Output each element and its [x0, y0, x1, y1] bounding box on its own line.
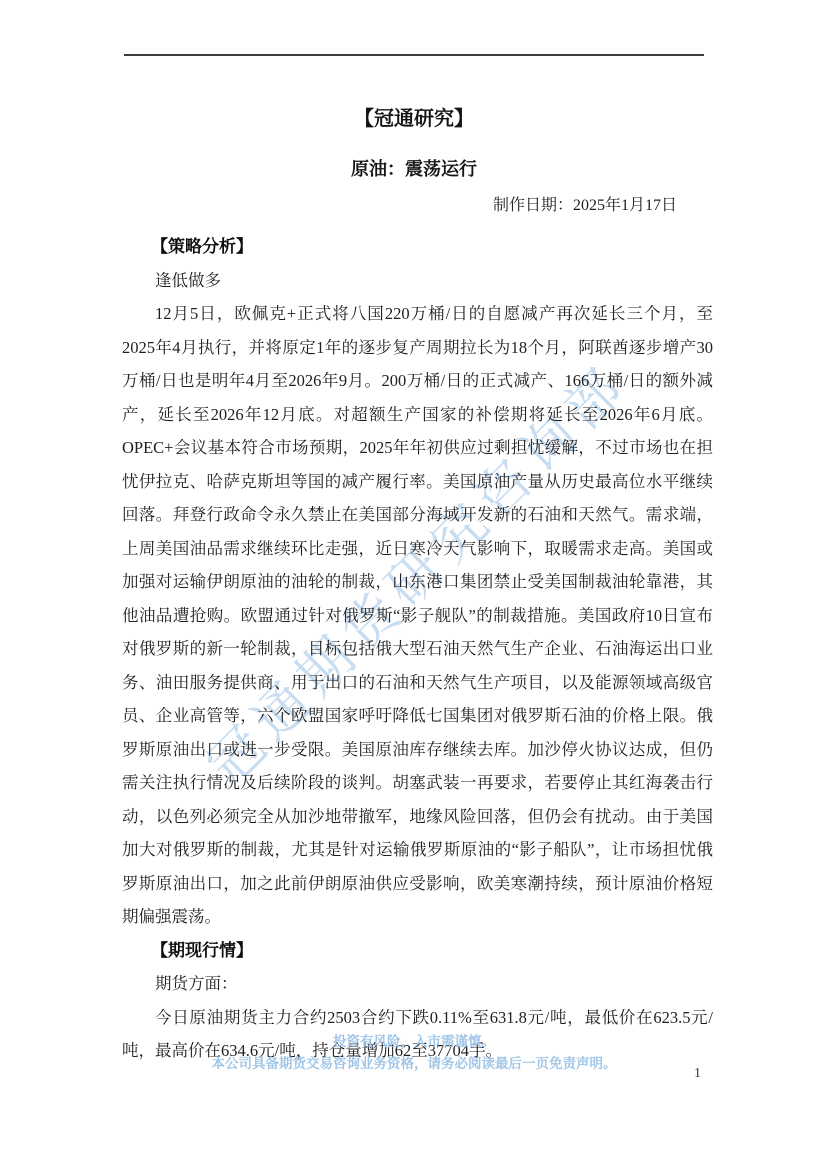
doc-title: 【冠通研究】 [0, 102, 828, 131]
strategy-analysis-paragraph: 12月5日，欧佩克+正式将八国220万桶/日的自愿减产再次延长三个月，至2025… [122, 297, 713, 934]
doc-subtitle: 原油：震荡运行 [0, 155, 828, 181]
document-page: 冠通期货研究咨询部 【冠通研究】 原油：震荡运行 制作日期：2025年1月17日… [0, 0, 828, 1170]
doc-date: 制作日期：2025年1月17日 [493, 192, 677, 215]
footer-disclaimer-notice: 本公司具备期货交易咨询业务资格，请务必阅读最后一页免责声明。 [0, 1053, 828, 1075]
page-footer: 投资有风险，入市需谨慎。 本公司具备期货交易咨询业务资格，请务必阅读最后一页免责… [0, 1031, 828, 1075]
strategy-stance-paragraph: 逢低做多 [122, 264, 713, 298]
header-rule [124, 54, 704, 56]
section-heading-strategy-analysis: 【策略分析】 [122, 230, 713, 264]
page-number: 1 [694, 1066, 701, 1082]
document-body: 【策略分析】 逢低做多 12月5日，欧佩克+正式将八国220万桶/日的自愿减产再… [122, 230, 713, 1068]
section-heading-futures-spot-market: 【期现行情】 [122, 934, 713, 968]
futures-label-paragraph: 期货方面： [122, 967, 713, 1001]
footer-risk-warning: 投资有风险，入市需谨慎。 [0, 1031, 828, 1053]
